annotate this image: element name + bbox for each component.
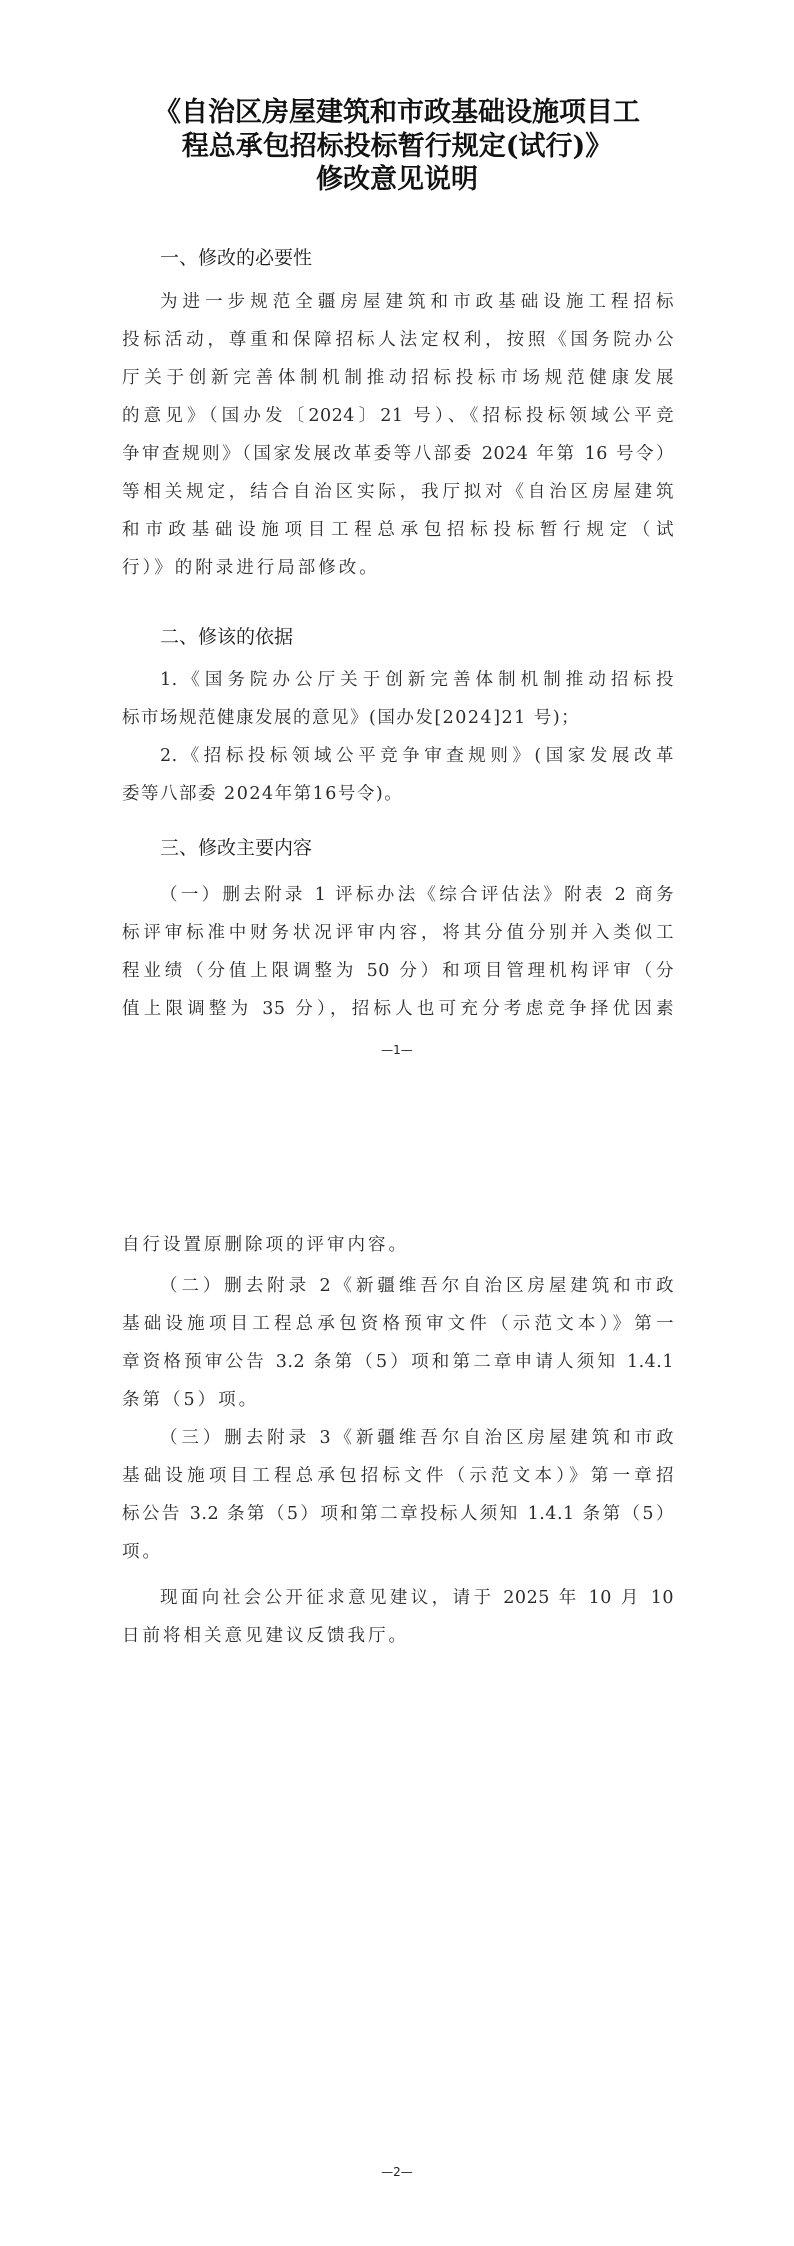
paragraph-line: 项。: [122, 1539, 674, 1565]
paragraph-line: 基础设施项目工程总承包招标文件（示范文本）》第一章招: [122, 1463, 674, 1489]
document-title-line-3: 修改意见说明: [0, 163, 794, 197]
paragraph-line: 的意见》（国办发〔2024〕21 号）、《招标投标领域公平竞: [122, 403, 674, 429]
list-item-line: 标市场规范健康发展的意见》(国办发[2024]21 号)；: [122, 705, 674, 731]
paragraph-line: 日前将相关意见建议反馈我厅。: [122, 1623, 674, 1649]
section-heading-main-content: 三、修改主要内容: [160, 835, 312, 861]
section-heading-necessity: 一、修改的必要性: [160, 245, 312, 271]
list-item-line: 2.《招标投标领域公平竞争审查规则》(国家发展改革: [160, 743, 674, 769]
paragraph-line: 现面向社会公开征求意见建议，请于 2025 年 10 月 10: [160, 1585, 674, 1611]
paragraph-line: 章资格预审公告 3.2 条第（5）项和第二章申请人须知 1.4.1: [122, 1349, 674, 1375]
paragraph-line: （三）删去附录 3《新疆维吾尔自治区房屋建筑和市政: [160, 1425, 674, 1451]
paragraph-line: 为进一步规范全疆房屋建筑和市政基础设施工程招标: [160, 289, 674, 315]
document-page: 《自治区房屋建筑和市政基础设施项目工 程总承包招标投标暂行规定(试行)》 修改意…: [0, 0, 794, 2246]
paragraph-line: 自行设置原删除项的评审内容。: [122, 1232, 674, 1258]
paragraph-line: （二）删去附录 2《新疆维吾尔自治区房屋建筑和市政: [160, 1273, 674, 1299]
paragraph-line: 程业绩（分值上限调整为 50 分）和项目管理机构评审（分: [122, 958, 674, 984]
paragraph-line: 标公告 3.2 条第（5）项和第二章投标人须知 1.4.1 条第（5）: [122, 1501, 674, 1527]
paragraph-line: 投标活动，尊重和保障招标人法定权利，按照《国务院办公: [122, 327, 674, 353]
paragraph-line: 等相关规定，结合自治区实际，我厅拟对《自治区房屋建筑: [122, 479, 674, 505]
page-number-2: —2—: [0, 2164, 794, 2180]
paragraph-line: （一）删去附录 1 评标办法《综合评估法》附表 2 商务: [160, 882, 674, 908]
paragraph-line: 标评审标准中财务状况评审内容，将其分值分别并入类似工: [122, 920, 674, 946]
list-item-line: 委等八部委 2024年第16号令)。: [122, 781, 674, 807]
paragraph-line: 值上限调整为 35 分），招标人也可充分考虑竞争择优因素: [122, 996, 674, 1022]
paragraph-line: 行）》的附录进行局部修改。: [122, 555, 674, 581]
section-heading-basis: 二、修该的依据: [160, 624, 293, 650]
paragraph-line: 基础设施项目工程总承包资格预审文件（示范文本）》第一: [122, 1311, 674, 1337]
document-title-line-1: 《自治区房屋建筑和市政基础设施项目工: [0, 96, 794, 130]
paragraph-line: 争审查规则》（国家发展改革委等八部委 2024 年第 16 号令）: [122, 441, 674, 467]
page-number-1: —1—: [0, 1042, 794, 1058]
paragraph-line: 和市政基础设施项目工程总承包招标投标暂行规定（试: [122, 517, 674, 543]
paragraph-line: 条第（5）项。: [122, 1387, 674, 1413]
paragraph-line: 厅关于创新完善体制机制推动招标投标市场规范健康发展: [122, 365, 674, 391]
list-item-line: 1.《国务院办公厅关于创新完善体制机制推动招标投: [160, 667, 674, 693]
document-title-line-2: 程总承包招标投标暂行规定(试行)》: [0, 130, 794, 164]
